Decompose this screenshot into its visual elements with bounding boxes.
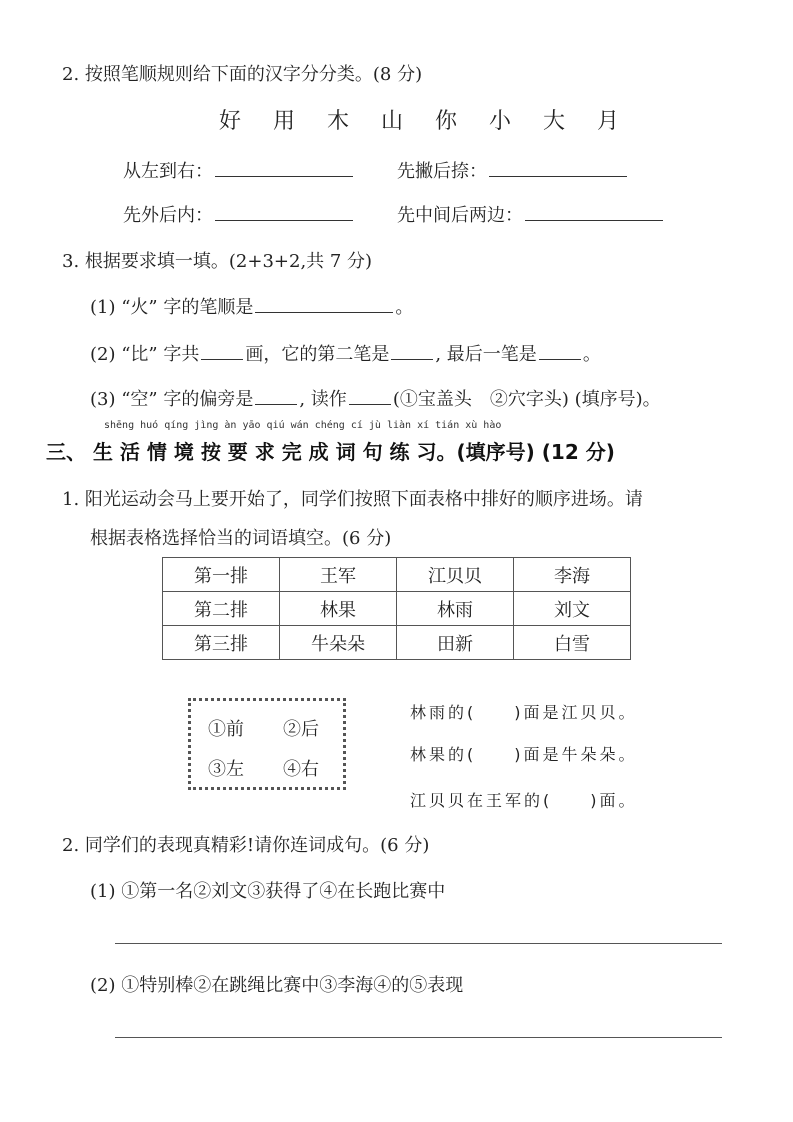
table-cell: 林雨 — [397, 592, 514, 626]
category-pie-then-na: 先撇后捺： — [397, 157, 629, 183]
category-middle-then-sides: 先中间后两边： — [397, 201, 665, 227]
fill-sentence-1[interactable]: 林雨的( )面是江贝贝。 — [410, 700, 638, 723]
answer-blank[interactable] — [489, 175, 627, 177]
item-text: , 读作 — [299, 389, 346, 410]
answer-blank[interactable] — [525, 219, 663, 221]
fill-sentence-2[interactable]: 林果的( )面是牛朵朵。 — [410, 742, 638, 765]
character: 木 — [311, 104, 365, 135]
section-3-title: 三、 生 活 情 境 按 要 求 完 成 词 句 练 习。(填序号) (12 分… — [46, 436, 615, 465]
s3-question-2-title: 2. 同学们的表现真精彩!请你连词成句。(6 分) — [62, 831, 429, 857]
category-left-to-right: 从左到右： — [123, 157, 355, 183]
question-3-item-2: (2) “比” 字共画，它的第二笔是, 最后一笔是。 — [90, 340, 601, 366]
answer-line[interactable] — [115, 1037, 722, 1038]
category-outside-then-inside: 先外后内： — [123, 201, 355, 227]
question-2-title: 2. 按照笔顺规则给下面的汉字分分类。(8 分) — [62, 60, 422, 86]
option: ③左 — [208, 755, 244, 781]
character: 你 — [419, 104, 473, 135]
item-text: , 最后一笔是 — [435, 344, 536, 365]
character: 好 — [203, 104, 257, 135]
options-box: ①前 ②后 ③左 ④右 — [188, 698, 346, 790]
answer-blank[interactable] — [255, 403, 297, 405]
s3-question-2-item-1: (1) ①第一名②刘文③获得了④在长跑比赛中 — [90, 877, 445, 903]
table-cell: 白雪 — [514, 626, 631, 660]
table-cell: 第一排 — [163, 558, 280, 592]
option: ④右 — [283, 755, 319, 781]
table-cell: 第二排 — [163, 592, 280, 626]
table-cell: 林果 — [280, 592, 397, 626]
s3-question-2-item-2: (2) ①特别棒②在跳绳比赛中③李海④的⑤表现 — [90, 971, 463, 997]
item-text: (2) “比” 字共 — [90, 344, 199, 365]
answer-blank[interactable] — [201, 358, 243, 360]
answer-blank[interactable] — [349, 403, 391, 405]
s3-question-1-line1: 1. 阳光运动会马上要开始了，同学们按照下面表格中排好的顺序进场。请 — [62, 485, 643, 511]
answer-blank[interactable] — [539, 358, 581, 360]
question-3-item-3: (3) “空” 字的偏旁是, 读作(①宝盖头 ②穴字头) (填序号)。 — [90, 385, 661, 411]
table-row: 第二排 林果 林雨 刘文 — [163, 592, 631, 626]
question-3-item-1: (1) “火” 字的笔顺是。 — [90, 293, 413, 319]
s3-question-1-line2: 根据表格选择恰当的词语填空。(6 分) — [90, 524, 391, 550]
section-3-pinyin: shēng huó qíng jìng àn yāo qiú wán chéng… — [104, 420, 501, 431]
table-cell: 田新 — [397, 626, 514, 660]
table-cell: 王军 — [280, 558, 397, 592]
answer-blank[interactable] — [391, 358, 433, 360]
category-label: 先外后内： — [123, 205, 213, 226]
option: ②后 — [283, 715, 319, 741]
answer-blank[interactable] — [215, 175, 353, 177]
seating-table: 第一排 王军 江贝贝 李海 第二排 林果 林雨 刘文 第三排 牛朵朵 田新 白雪 — [162, 557, 631, 660]
fill-sentence-3[interactable]: 江贝贝在王军的( )面。 — [410, 788, 638, 811]
category-label: 先中间后两边： — [397, 205, 523, 226]
character: 月 — [581, 104, 635, 135]
table-cell: 李海 — [514, 558, 631, 592]
item-text: (1) “火” 字的笔顺是 — [90, 297, 253, 318]
option: ①前 — [208, 715, 244, 741]
table-cell: 江贝贝 — [397, 558, 514, 592]
answer-blank[interactable] — [215, 219, 353, 221]
table-row: 第一排 王军 江贝贝 李海 — [163, 558, 631, 592]
answer-blank[interactable] — [255, 311, 393, 313]
character: 用 — [257, 104, 311, 135]
item-text: 。 — [583, 344, 601, 365]
item-text: 画，它的第二笔是 — [245, 344, 389, 365]
character-list: 好用木山你小大月 — [203, 104, 635, 135]
character: 大 — [527, 104, 581, 135]
table-cell: 刘文 — [514, 592, 631, 626]
table-cell: 第三排 — [163, 626, 280, 660]
table-cell: 牛朵朵 — [280, 626, 397, 660]
character: 小 — [473, 104, 527, 135]
question-3-title: 3. 根据要求填一填。(2+3+2,共 7 分) — [62, 247, 372, 273]
category-label: 从左到右： — [123, 161, 213, 182]
item-text: 。 — [395, 297, 413, 318]
answer-line[interactable] — [115, 943, 722, 944]
item-text: (3) “空” 字的偏旁是 — [90, 389, 253, 410]
category-label: 先撇后捺： — [397, 161, 487, 182]
table-row: 第三排 牛朵朵 田新 白雪 — [163, 626, 631, 660]
item-text: (①宝盖头 ②穴字头) (填序号)。 — [393, 389, 661, 410]
character: 山 — [365, 104, 419, 135]
